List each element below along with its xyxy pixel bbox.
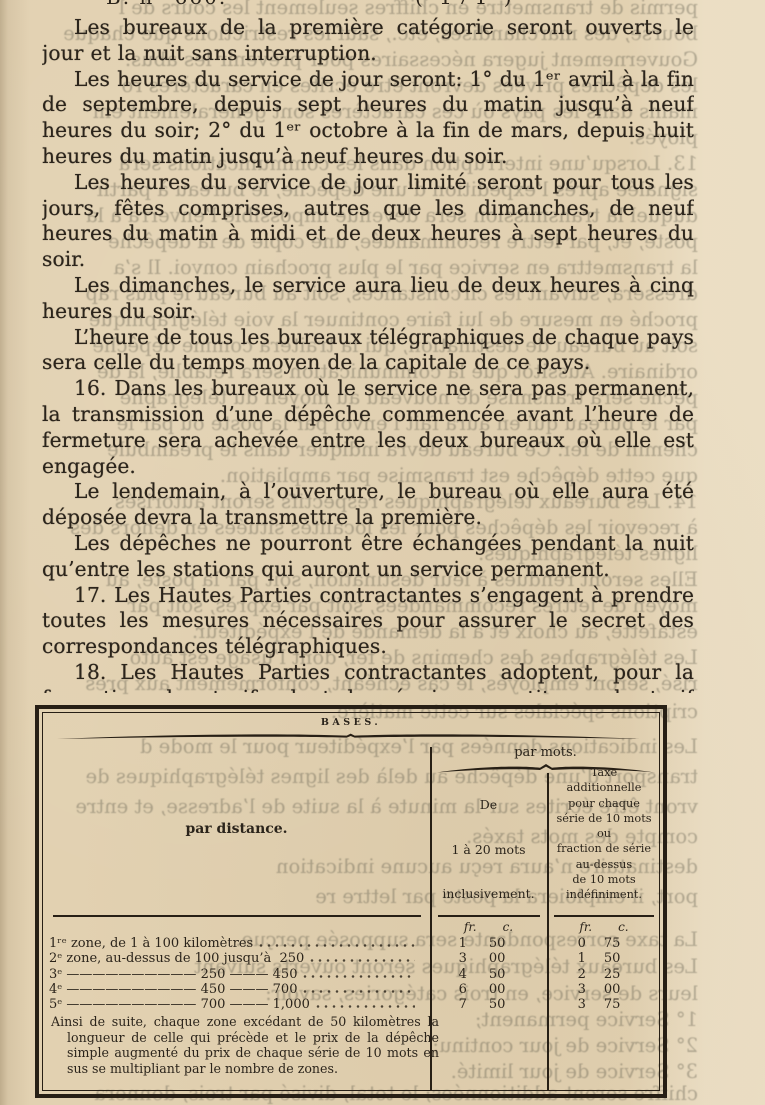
base-rate-cell: 7 50	[421, 997, 543, 1012]
table-row-zone-5: 5ᵉ —————————— 700 ——— 1,000 7 50 3 75	[49, 997, 655, 1012]
header-underline	[438, 915, 540, 917]
francs-value: 7	[459, 997, 467, 1012]
currency-units-base: fr. c.	[430, 920, 547, 934]
dot-leader	[259, 943, 415, 948]
swelled-rule-ornament	[55, 731, 646, 741]
paragraph: Les heures du service de jour seront: 1°…	[42, 67, 694, 170]
article-text-block: Les bureaux de la première catégorie ser…	[42, 15, 694, 693]
table-row-zone-2: 2ᵉ zone, au-dessus de 100 jusqu’à 250 3 …	[49, 951, 655, 966]
centimes-value: 50	[489, 936, 506, 951]
header-line: Taxe	[547, 765, 661, 780]
paragraph-article-18: 18. Les Hautes Parties contractantes ado…	[42, 660, 694, 693]
centimes-value: 50	[489, 967, 506, 982]
header-underline	[554, 915, 654, 917]
francs-value: 1	[578, 951, 586, 966]
scanned-document-page: permis de transmettre en chiffres seulem…	[0, 0, 765, 1105]
dot-leader	[316, 1004, 415, 1009]
paragraph: Le lendemain, à l’ouverture, le bureau o…	[42, 479, 694, 531]
zone-label: 5ᵉ —————————— 700 ——— 1,000	[49, 997, 310, 1012]
francs-value: 3	[459, 951, 467, 966]
tax-rate-cell: 0 75	[543, 936, 655, 951]
centimes-value: 75	[604, 936, 621, 951]
tax-rate-cell: 3 00	[543, 982, 655, 997]
centimes-value: 50	[489, 997, 506, 1012]
centimes-value: 00	[489, 951, 506, 966]
tariff-rows: 1ʳᵉ zone, de 1 à 100 kilomètres 1 50 0 7…	[49, 936, 655, 1012]
header-line: 1 à 20 mots	[430, 842, 547, 857]
base-rate-cell: 6 00	[421, 982, 543, 997]
centimes-value: 50	[604, 951, 621, 966]
distance-column-header: par distance.	[43, 821, 430, 837]
table-title: BASES.	[43, 717, 659, 728]
header-line: de 10 mots	[547, 872, 661, 887]
dot-leader	[303, 974, 415, 979]
header-line: ou	[547, 826, 661, 841]
currency-units-tax: fr. c.	[547, 920, 661, 934]
base-rate-cell: 4 50	[421, 967, 543, 982]
francs-value: 3	[578, 997, 586, 1012]
paragraph-article-17: 17. Les Hautes Parties contractantes s’e…	[42, 583, 694, 660]
header-line: inclusivement.	[430, 886, 547, 901]
francs-unit: fr.	[464, 920, 477, 934]
paragraph: Les dépêches ne pourront être échangées …	[42, 531, 694, 583]
zone-label: 1ʳᵉ zone, de 1 à 100 kilomètres	[49, 936, 253, 951]
header-underline	[53, 915, 421, 917]
header-line: série de 10 mots	[547, 811, 661, 826]
paragraph-article-16: 16. Dans les bureaux où le service ne se…	[42, 376, 694, 479]
francs-value: 3	[578, 982, 586, 997]
centimes-value: 00	[604, 982, 621, 997]
base-rate-cell: 1 50	[421, 936, 543, 951]
zone-label: 4ᵉ —————————— 450 ——— 700	[49, 982, 297, 997]
centimes-value: 00	[489, 982, 506, 997]
francs-value: 1	[459, 936, 467, 951]
centimes-unit: c.	[503, 920, 514, 934]
paragraph: Les bureaux de la première catégorie ser…	[42, 15, 694, 67]
header-line: pour chaque	[547, 796, 661, 811]
dot-leader	[303, 989, 415, 994]
zone-label: 2ᵉ zone, au-dessus de 100 jusqu’à 250	[49, 951, 304, 966]
tax-rate-cell: 1 50	[543, 951, 655, 966]
tax-rate-cell: 3 75	[543, 997, 655, 1012]
base-rate-column-header: De 1 à 20 mots inclusivement.	[430, 797, 547, 901]
table-row-zone-4: 4ᵉ —————————— 450 ——— 700 6 00 3 00	[49, 982, 655, 997]
additional-tax-column-header: Taxe additionnelle pour chaque série de …	[547, 765, 661, 903]
zone-label: 3ᵉ —————————— 250 ——— 450	[49, 967, 297, 982]
bulletin-number: B. n° 660.	[106, 0, 227, 9]
paragraph: L’heure de tous les bureaux télégraphiqu…	[42, 325, 694, 377]
tax-rate-cell: 2 25	[543, 967, 655, 982]
header-line: au-dessus	[547, 857, 661, 872]
header-line: fraction de série	[547, 841, 661, 856]
page-number: ( 171 )	[415, 0, 517, 9]
centimes-value: 75	[604, 997, 621, 1012]
paragraph: Les heures du service de jour limité ser…	[42, 170, 694, 273]
francs-unit: fr.	[579, 920, 592, 934]
table-row-zone-3: 3ᵉ —————————— 250 ——— 450 4 50 2 25	[49, 967, 655, 982]
francs-value: 4	[459, 967, 467, 982]
header-line: additionnelle	[547, 780, 661, 795]
paragraph: Les dimanches, le service aura lieu de d…	[42, 273, 694, 325]
table-row-zone-1: 1ʳᵉ zone, de 1 à 100 kilomètres 1 50 0 7…	[49, 936, 655, 951]
dot-leader	[310, 958, 415, 963]
base-rate-cell: 3 00	[421, 951, 543, 966]
francs-value: 0	[578, 936, 586, 951]
centimes-unit: c.	[618, 920, 629, 934]
running-head: B. n° 660. ( 171 )	[0, 0, 765, 9]
table-footnote: Ainsi de suite, chaque zone excédant de …	[51, 1014, 439, 1077]
centimes-value: 25	[604, 967, 621, 982]
per-words-span-header: par mots.	[430, 745, 661, 760]
francs-value: 2	[578, 967, 586, 982]
header-line: De	[430, 797, 547, 812]
francs-value: 6	[459, 982, 467, 997]
tariff-table: BASES. par mots. par distance. De 1 à 20…	[35, 705, 667, 1098]
tariff-table-inner-frame: BASES. par mots. par distance. De 1 à 20…	[42, 712, 660, 1091]
header-line: indéfiniment.	[547, 887, 661, 902]
